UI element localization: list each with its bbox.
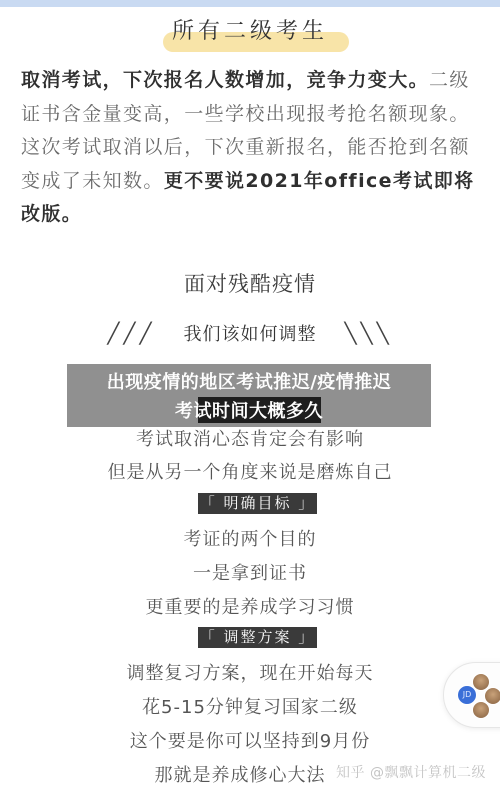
label-goals: 「 明确目标 」 [198,493,317,514]
plan-line: 调整复习方案，现在开始每天 [0,659,500,685]
heading-title: 所有二级考生 [0,14,500,45]
right-slash-decor: ╲╲╲ [345,321,393,345]
sub-title: 我们该如何调整 [184,320,317,346]
label-plan: 「 调整方案 」 [198,627,317,648]
floating-avatar-widget[interactable]: JD [443,662,500,728]
top-band [0,0,500,7]
intro-paragraph: 取消考试，下次报名人数增加，竞争力变大。二级证书含金量变高，一些学校出现报考抢名… [21,64,481,232]
plan-line: 这个要是你可以坚持到9月份 [0,727,500,753]
left-slash-decor: ╱╱╱ [107,321,155,345]
goal-line: 考证的两个目的 [0,525,500,551]
heading-block: 所有二级考生 [0,8,500,58]
section-title: 面对残酷疫情 [0,268,500,298]
goal-line: 更重要的是养成学习习惯 [0,593,500,619]
plan-line: 花5-15分钟复习国家二级 [0,693,500,719]
body-line: 考试取消心态肯定会有影响 [0,425,500,451]
user-avatar-icon: JD [457,685,477,705]
overlay-title-line-2[interactable]: 考试时间大概多久 [67,397,431,423]
avatar-icon [472,701,490,719]
sub-title-row: ╱╱╱ 我们该如何调整 ╲╲╲ [0,318,500,348]
intro-bold-1: 取消考试，下次报名人数增加，竞争力变大。 [21,69,429,91]
watermark: 知乎 @飘飘计算机二级 [336,762,486,782]
goal-line: 一是拿到证书 [0,559,500,585]
body-line: 但是从另一个角度来说是磨炼自己 [0,458,500,484]
overlay-title-line-1[interactable]: 出现疫情的地区考试推迟/疫情推迟 [67,368,431,394]
